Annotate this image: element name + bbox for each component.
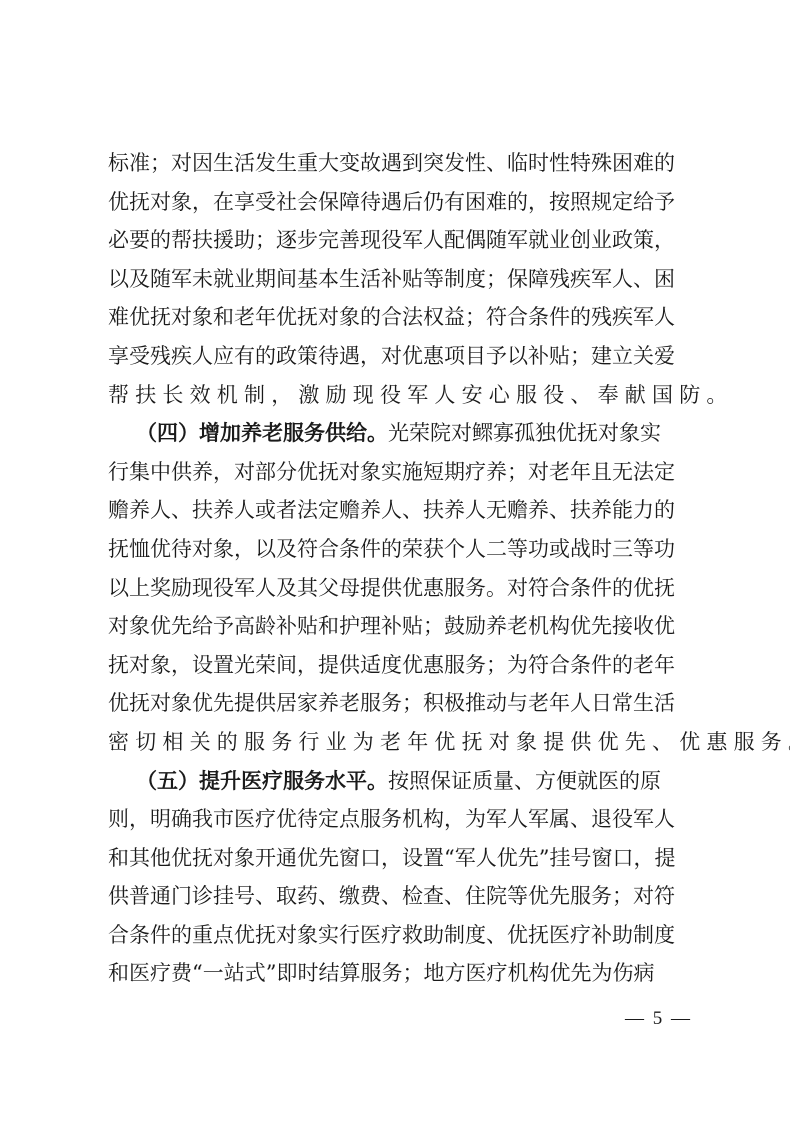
- paragraph-first-line: （四）增加养老服务供给。光荣院对鳏寡孤独优抚对象实: [108, 414, 684, 453]
- paragraph-elderly-care: （四）增加养老服务供给。光荣院对鳏寡孤独优抚对象实 行集中供养，对部分优抚对象实…: [108, 414, 684, 761]
- paragraph-medical-services: （五）提升医疗服务水平。按照保证质量、方便就医的原 则，明确我市医疗优待定点服务…: [108, 762, 684, 994]
- paragraph-first-line: （五）提升医疗服务水平。按照保证质量、方便就医的原: [108, 762, 684, 801]
- text-line: 难优抚对象和老年优抚对象的合法权益；符合条件的残疾军人: [108, 298, 684, 337]
- document-body: 标准；对因生活发生重大变故遇到突发性、临时性特殊困难的 优抚对象，在享受社会保障…: [108, 144, 684, 993]
- text-line: 享受残疾人应有的政策待遇，对优惠项目予以补贴；建立关爱: [108, 337, 684, 376]
- page-number: — 5 —: [622, 1008, 692, 1030]
- section-heading: （四）增加养老服务供给。: [136, 421, 388, 445]
- document-page: 标准；对因生活发生重大变故遇到突发性、临时性特殊困难的 优抚对象，在享受社会保障…: [0, 0, 790, 1126]
- text-line: 对象优先给予高龄补贴和护理补贴；鼓励养老机构优先接收优: [108, 607, 684, 646]
- text-line: 优抚对象优先提供居家养老服务；积极推动与老年人日常生活: [108, 684, 684, 723]
- text-line: 则，明确我市医疗优待定点服务机构，为军人军属、退役军人: [108, 800, 684, 839]
- text-line: 帮扶长效机制，激励现役军人安心服役、奉献国防。: [108, 376, 684, 415]
- text-line: 抚对象，设置光荣间，提供适度优惠服务；为符合条件的老年: [108, 646, 684, 685]
- text-line: 以上奖励现役军人及其父母提供优惠服务。对符合条件的优抚: [108, 569, 684, 608]
- text-run: 按照保证质量、方便就医的原: [388, 769, 661, 793]
- text-line: 以及随军未就业期间基本生活补贴等制度；保障残疾军人、困: [108, 260, 684, 299]
- text-line: 供普通门诊挂号、取药、缴费、检查、住院等优先服务；对符: [108, 877, 684, 916]
- text-line: 和医疗费“一站式”即时结算服务；地方医疗机构优先为伤病: [108, 954, 684, 993]
- text-line: 赡养人、扶养人或者法定赡养人、扶养人无赡养、扶养能力的: [108, 491, 684, 530]
- text-line: 标准；对因生活发生重大变故遇到突发性、临时性特殊困难的: [108, 144, 684, 183]
- text-line: 行集中供养，对部分优抚对象实施短期疗养；对老年且无法定: [108, 453, 684, 492]
- text-line: 合条件的重点优抚对象实行医疗救助制度、优抚医疗补助制度: [108, 916, 684, 955]
- section-heading: （五）提升医疗服务水平。: [136, 769, 388, 793]
- text-line: 必要的帮扶援助；逐步完善现役军人配偶随军就业创业政策，: [108, 221, 684, 260]
- text-line: 和其他优抚对象开通优先窗口，设置“军人优先”挂号窗口，提: [108, 839, 684, 878]
- paragraph-continuation: 标准；对因生活发生重大变故遇到突发性、临时性特殊困难的 优抚对象，在享受社会保障…: [108, 144, 684, 414]
- text-run: 光荣院对鳏寡孤独优抚对象实: [388, 421, 661, 445]
- text-line: 优抚对象，在享受社会保障待遇后仍有困难的，按照规定给予: [108, 183, 684, 222]
- text-line: 密切相关的服务行业为老年优抚对象提供优先、优惠服务。: [108, 723, 684, 762]
- text-line: 抚恤优待对象，以及符合条件的荣获个人二等功或战时三等功: [108, 530, 684, 569]
